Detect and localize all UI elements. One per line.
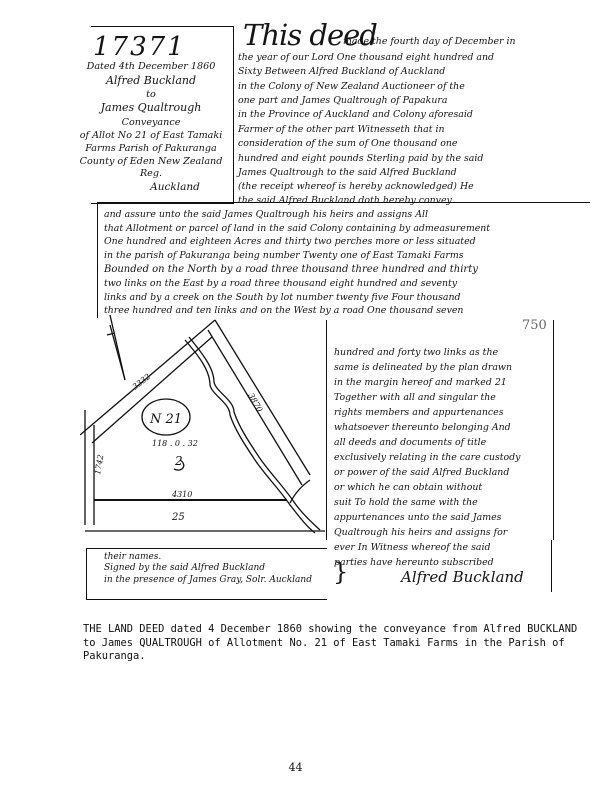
deed-line: the year of our Lord One thousand eight … bbox=[238, 51, 494, 65]
west-length: 1742 bbox=[93, 454, 105, 476]
signature: Alfred Buckland bbox=[401, 568, 524, 586]
header-line: Auckland bbox=[90, 180, 260, 195]
deed-line: in the margin hereof and marked 21 bbox=[334, 375, 507, 390]
deed-line: all deeds and documents of title bbox=[334, 435, 486, 450]
deed-line: links and by a creek on the South by lot… bbox=[104, 291, 461, 304]
deed-line: hundred and eight pounds Sterling paid b… bbox=[238, 152, 483, 166]
brace-mark: } bbox=[333, 558, 348, 586]
deed-line: Together with all and singular the bbox=[334, 390, 496, 405]
deed-line: and assure unto the said James Qualtroug… bbox=[104, 208, 428, 221]
lot-area: 118 . 0 . 32 bbox=[152, 439, 198, 448]
deed-line: (the receipt whereof is hereby acknowled… bbox=[238, 180, 474, 194]
deed-line: in the Province of Auckland and Colony a… bbox=[238, 108, 473, 122]
north-length: 3332 bbox=[131, 372, 153, 392]
figure-caption: THE LAND DEED dated 4 December 1860 show… bbox=[83, 623, 583, 664]
deed-line: made the fourth day of December in bbox=[343, 35, 516, 49]
deed-line: exclusively relating in the care custody bbox=[334, 450, 520, 465]
deed-line: Qualtrough his heirs and assigns for bbox=[334, 525, 507, 540]
deed-line: James Qualtrough to the said Alfred Buck… bbox=[238, 166, 457, 180]
lot-mark: 2 bbox=[174, 454, 183, 468]
deed-line: Sixty Between Alfred Buckland of Aucklan… bbox=[238, 65, 445, 79]
deed-line: in the Colony of New Zealand Auctioneer … bbox=[238, 80, 465, 94]
deed-line: whatsoever thereunto belonging And bbox=[334, 420, 511, 435]
deed-line: One hundred and eighteen Acres and thirt… bbox=[104, 235, 476, 248]
deed-line: Farmer of the other part Witnesseth that… bbox=[238, 123, 445, 137]
header-line: Alfred Buckland bbox=[66, 74, 236, 89]
adjoining-lot: 25 bbox=[171, 512, 185, 523]
deed-line: appurtenances unto the said James bbox=[334, 510, 501, 525]
right-border bbox=[551, 540, 552, 592]
header-line: Dated 4th December 1860 bbox=[66, 60, 236, 75]
header-line: James Qualtrough bbox=[66, 101, 236, 116]
lot-label: N 21 bbox=[149, 412, 182, 427]
registration-number: 17371 bbox=[93, 32, 186, 62]
signature-line: Signed by the said Alfred Buckland bbox=[104, 563, 265, 574]
deed-line: Bounded on the North by a road three tho… bbox=[104, 263, 478, 276]
deed-line: two links on the East by a road three th… bbox=[104, 277, 457, 290]
deed-line: one part and James Qualtrough of Papakur… bbox=[238, 94, 447, 108]
deed-line: hundred and forty two links as the bbox=[334, 345, 498, 360]
deed-line: or power of the said Alfred Buckland bbox=[334, 465, 509, 480]
deed-line: rights members and appurtenances bbox=[334, 405, 504, 420]
south-length: 4310 bbox=[171, 490, 192, 499]
signature-line: their names. bbox=[104, 552, 161, 563]
deed-line: suit To hold the same with the bbox=[334, 495, 478, 510]
deed-line: that Allotment or parcel of land in the … bbox=[104, 222, 490, 235]
page-number: 44 bbox=[0, 761, 591, 774]
deed-line: ever In Witness whereof the said bbox=[334, 540, 490, 555]
allotment-plan: N 21 118 . 0 . 32 2 3332 3870 4310 1742 … bbox=[80, 315, 330, 555]
deed-line: same is delineated by the plan drawn bbox=[334, 360, 512, 375]
deed-line: in the parish of Pakuranga being number … bbox=[104, 249, 464, 262]
signature-line: in the presence of James Gray, Solr. Auc… bbox=[104, 575, 312, 586]
deed-line: consideration of the sum of One thousand… bbox=[238, 137, 457, 151]
deed-line: or which he can obtain without bbox=[334, 480, 482, 495]
